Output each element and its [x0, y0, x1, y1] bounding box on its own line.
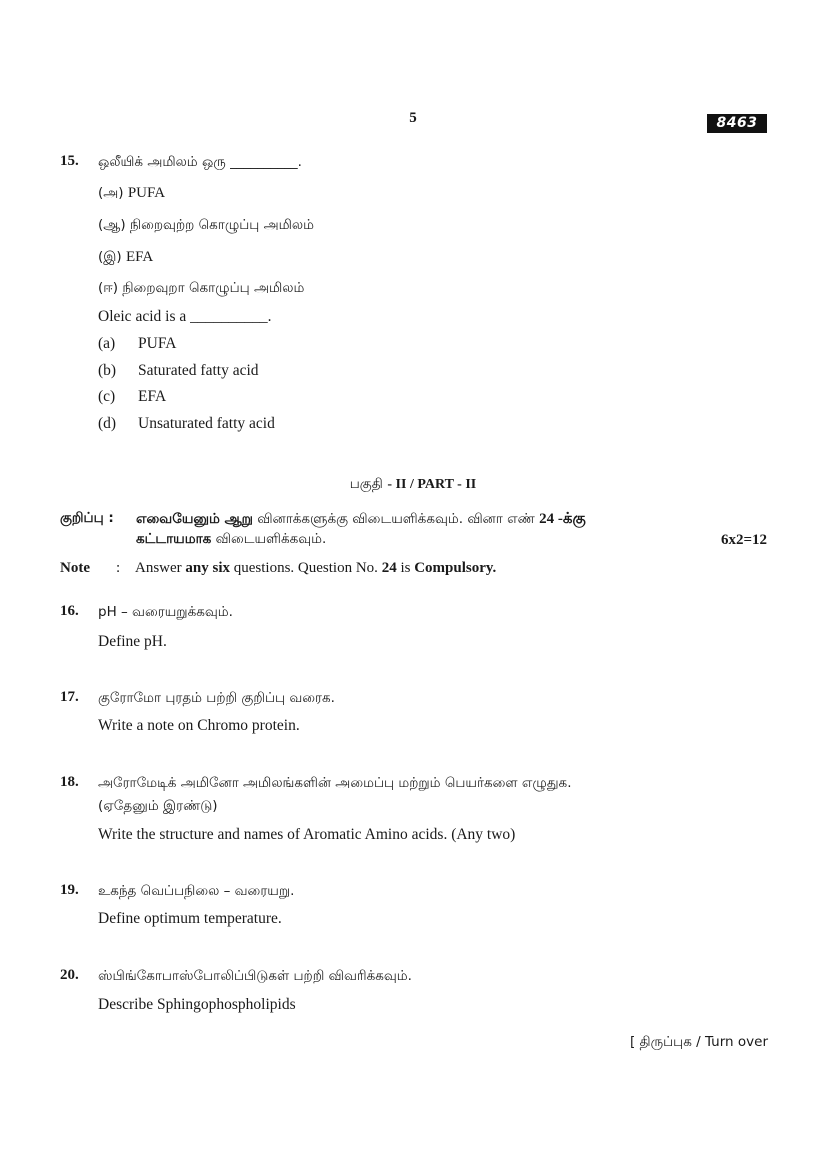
option-tamil-d: (ஈ) நிறைவுறா கொழுப்பு அமிலம் [98, 280, 304, 298]
option-tamil-a: (அ) PUFA [98, 185, 165, 203]
note-emphasis: Compulsory. [414, 560, 496, 576]
question-number: 16. [60, 603, 79, 620]
question-text-english: Define optimum temperature. [98, 910, 282, 928]
option-label: (a) [98, 335, 115, 353]
option-tamil-b: (ஆ) நிறைவுற்ற கொழுப்பு அமிலம் [98, 217, 314, 235]
english-note-colon: : [116, 560, 120, 577]
question-text-tamil: குரோமோ புரதம் பற்றி குறிப்பு வரைக. [98, 690, 335, 708]
english-note-label: Note [60, 560, 90, 577]
option-label: (ஆ) [98, 217, 126, 233]
note-emphasis: 24 [382, 560, 397, 576]
option-text: Unsaturated fatty acid [138, 415, 275, 433]
question-text-tamil: உகந்த வெப்பநிலை – வரையறு. [98, 883, 294, 901]
option-text: EFA [126, 249, 153, 265]
tamil-note-line-2: கட்டாயமாக விடையளிக்கவும். [136, 531, 326, 549]
question-text-tamil-line-2: (ஏதேனும் இரண்டு) [98, 798, 218, 816]
option-label: (அ) [98, 185, 124, 201]
option-label: (b) [98, 362, 116, 380]
question-text-english: Write the structure and names of Aromati… [98, 826, 515, 844]
note-emphasis: எவையேனும் ஆறு [136, 511, 253, 527]
question-text-tamil: ஒலீயிக் அமிலம் ஒரு __________. [98, 154, 302, 172]
question-number: 15. [60, 153, 79, 170]
question-text-english: Describe Sphingophospholipids [98, 996, 296, 1014]
question-number: 19. [60, 882, 79, 899]
note-text: வினாக்களுக்கு விடையளிக்கவும். வினா எண் [253, 511, 539, 527]
note-label: குறிப்பு : [60, 510, 114, 526]
option-label: (ஈ) [98, 280, 118, 296]
note-emphasis: கட்டாயமாக [136, 531, 211, 547]
section-title-english: - II / PART - II [387, 477, 476, 492]
note-text: questions. Question No. [230, 560, 382, 576]
option-text: PUFA [128, 185, 165, 201]
note-emphasis: 24 -க்கு [539, 511, 586, 527]
tamil-note-label: குறிப்பு : [60, 510, 114, 528]
question-number: 20. [60, 967, 79, 984]
note-emphasis: any six [185, 560, 230, 576]
tamil-note-line-1: எவையேனும் ஆறு வினாக்களுக்கு விடையளிக்கவு… [136, 510, 736, 529]
question-text-english: Oleic acid is a __________. [98, 308, 271, 326]
question-text-tamil: ஸ்பிங்கோபாஸ்போலிப்பிடுகள் பற்றி விவரிக்க… [98, 968, 412, 986]
question-number: 17. [60, 689, 79, 706]
option-text: நிறைவுறா கொழுப்பு அமிலம் [122, 280, 304, 296]
question-text-tamil: pH – வரையறுக்கவும். [98, 604, 233, 622]
question-number: 18. [60, 774, 79, 791]
option-label: (இ) [98, 249, 122, 265]
option-text: PUFA [138, 335, 176, 353]
option-text: EFA [138, 388, 166, 406]
option-text: Saturated fatty acid [138, 362, 259, 380]
question-text-tamil: அரோமேடிக் அமினோ அமிலங்களின் அமைப்பு மற்ற… [98, 775, 571, 793]
note-text: is [397, 560, 415, 576]
section-title-tamil: பகுதி [350, 476, 383, 492]
option-tamil-c: (இ) EFA [98, 249, 153, 267]
marks-allocation: 6x2=12 [721, 532, 767, 549]
question-text-english: Write a note on Chromo protein. [98, 717, 300, 735]
english-note-text: Answer any six questions. Question No. 2… [135, 560, 496, 577]
page-number: 5 [0, 110, 826, 127]
note-text: விடையளிக்கவும். [211, 531, 326, 547]
option-label: (d) [98, 415, 116, 433]
section-title: பகுதி - II / PART - II [0, 476, 826, 494]
option-label: (c) [98, 388, 115, 406]
paper-code-badge: 8463 [707, 114, 767, 133]
question-text-english: Define pH. [98, 633, 167, 651]
note-text: Answer [135, 560, 185, 576]
option-text: நிறைவுற்ற கொழுப்பு அமிலம் [130, 217, 314, 233]
turn-over-note: [ திருப்புக / Turn over [630, 1034, 768, 1052]
